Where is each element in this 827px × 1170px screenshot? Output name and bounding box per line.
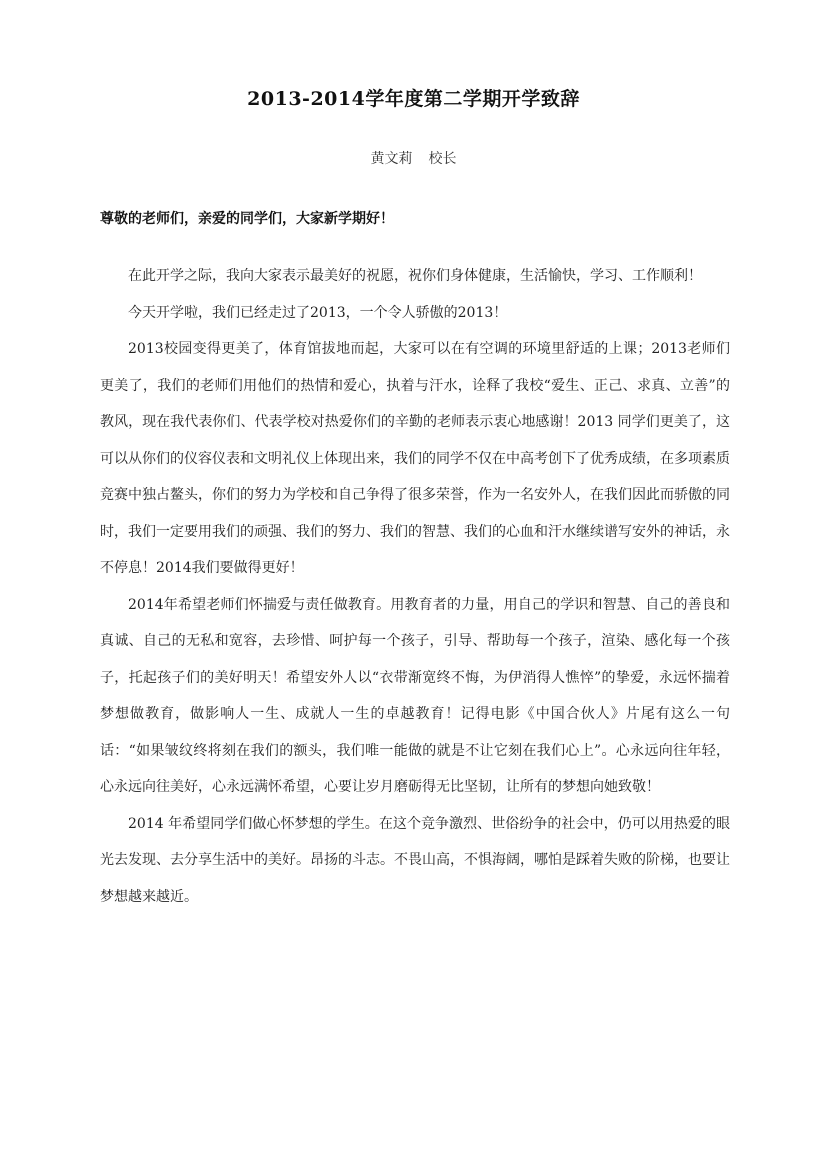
document-body: 在此开学之际，我向大家表示最美好的祝愿，祝你们身体健康，生活愉快，学习、工作顺利… (100, 258, 730, 915)
salutation: 尊敬的老师们，亲爱的同学们，大家新学期好！ (100, 208, 394, 228)
paragraph-2013-review: 2013校园变得更美了，体育馆拔地而起，大家可以在有空调的环境里舒适的上课；20… (100, 331, 730, 587)
document-title: 2013-2014学年度第二学期开学致辞 (0, 84, 827, 111)
paragraph-greeting: 在此开学之际，我向大家表示最美好的祝愿，祝你们身体健康，生活愉快，学习、工作顺利… (100, 258, 730, 295)
document-page: 2013-2014学年度第二学期开学致辞 黄文莉校长 尊敬的老师们，亲爱的同学们… (0, 0, 827, 1170)
paragraph-teachers-hopes: 2014年希望老师们怀揣爱与责任做教育。用教育者的力量，用自己的学识和智慧、自己… (100, 587, 730, 806)
author-name: 黄文莉 (371, 151, 413, 167)
paragraph-students-hopes: 2014 年希望同学们做心怀梦想的学生。在这个竞争激烈、世俗纷争的社会中，仍可以… (100, 806, 730, 916)
paragraph-intro: 今天开学啦，我们已经走过了2013，一个令人骄傲的2013！ (100, 295, 730, 332)
author-position: 校长 (429, 151, 457, 167)
author-line: 黄文莉校长 (0, 148, 827, 168)
